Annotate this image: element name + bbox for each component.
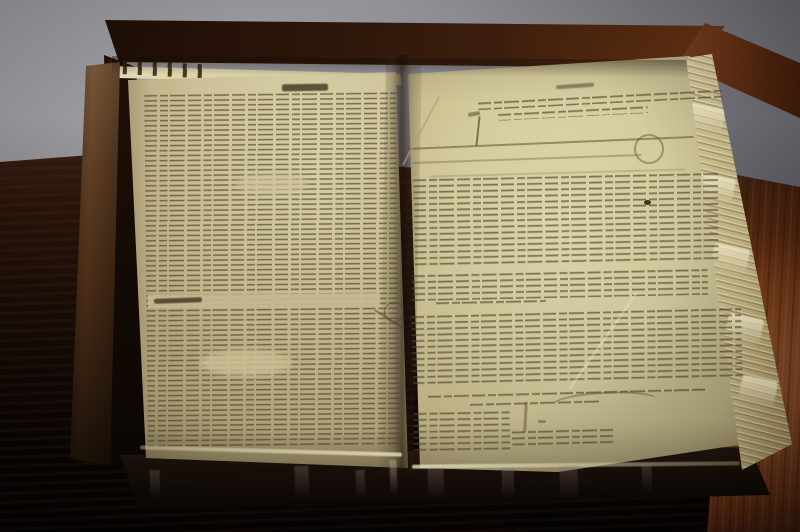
photo-manuscript-on-lectern [0,0,800,532]
photo-vignette [0,0,800,532]
